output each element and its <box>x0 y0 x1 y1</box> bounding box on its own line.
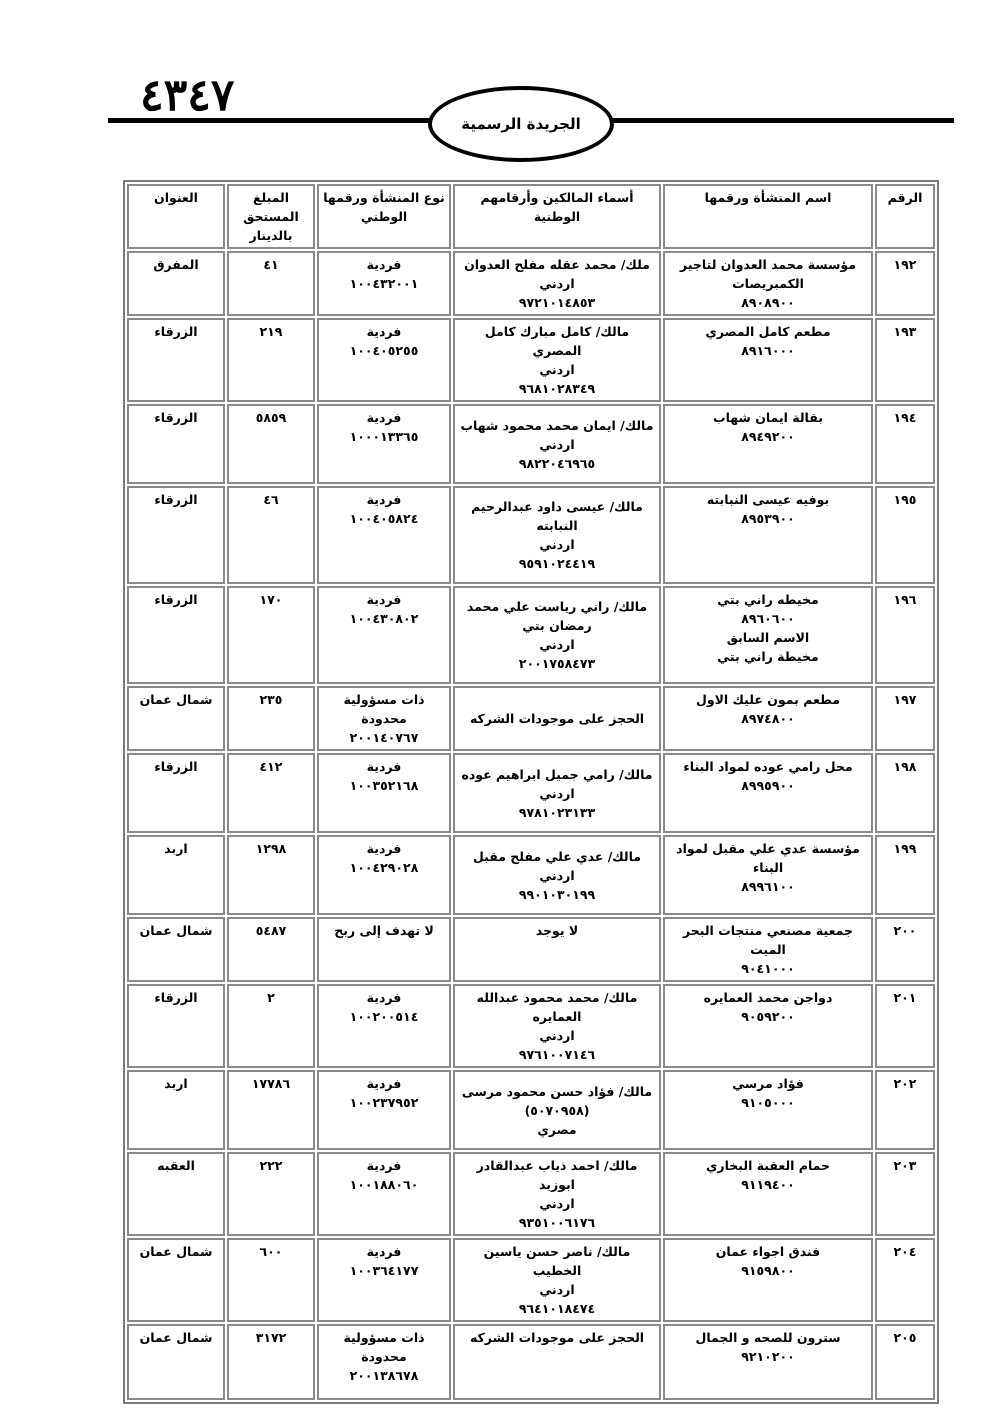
cell-amount: ٢٢٢ <box>227 1152 315 1236</box>
column-header-address: العنوان <box>127 184 225 249</box>
cell-address: اربد <box>127 835 225 915</box>
cell-owners: الحجز على موجودات الشركه <box>453 1324 661 1400</box>
cell-type: فردية ١٠٠٠١٣٣٦٥ <box>317 404 451 484</box>
cell-amount: ١٧٠ <box>227 586 315 684</box>
cell-amount: ٤٦ <box>227 486 315 584</box>
table-row: ١٩٤ بقالة ايمان شهاب ٨٩٤٩٢٠٠ مالك/ ايمان… <box>127 404 935 484</box>
table-header-row: الرقم اسم المنشأة ورقمها أسماء المالكين … <box>127 184 935 249</box>
cell-address: العقبه <box>127 1152 225 1236</box>
cell-number: ٢٠٣ <box>875 1152 935 1236</box>
cell-number: ٢٠٤ <box>875 1238 935 1322</box>
cell-number: ١٩٦ <box>875 586 935 684</box>
cell-address: الزرقاء <box>127 318 225 402</box>
cell-owners: مالك/ رامي جميل ابراهيم عوده اردني ٩٧٨١٠… <box>453 753 661 833</box>
cell-name: حمام العقبة البخاري ٩١١٩٤٠٠ <box>663 1152 873 1236</box>
cell-type: فردية ١٠٠٤٢٩٠٢٨ <box>317 835 451 915</box>
column-header-amount: المبلغ المستحق بالدينار <box>227 184 315 249</box>
header-rule-right <box>612 118 954 123</box>
table-row: ٢٠٥ سترون للصحه و الجمال ٩٢١٠٢٠٠ الحجز ع… <box>127 1324 935 1400</box>
cell-address: شمال عمان <box>127 1324 225 1400</box>
cell-name: سترون للصحه و الجمال ٩٢١٠٢٠٠ <box>663 1324 873 1400</box>
table-row: ١٩٢ مؤسسة محمد العدوان لتاجير الكمبريصات… <box>127 251 935 316</box>
cell-address: الزرقاء <box>127 753 225 833</box>
cell-type: فردية ١٠٠٤٣٠٨٠٢ <box>317 586 451 684</box>
cell-address: اربد <box>127 1070 225 1150</box>
page-header: ٤٣٤٧ الجريدة الرسمية <box>0 0 1000 180</box>
table-row: ٢٠٤ فندق اجواء عمان ٩١٥٩٨٠٠ مالك/ ناصر ح… <box>127 1238 935 1322</box>
cell-name: دواجن محمد العمايره ٩٠٥٩٢٠٠ <box>663 984 873 1068</box>
cell-number: ١٩٥ <box>875 486 935 584</box>
establishments-table: الرقم اسم المنشأة ورقمها أسماء المالكين … <box>123 180 939 1404</box>
cell-number: ٢٠٥ <box>875 1324 935 1400</box>
cell-amount: ١٧٧٨٦ <box>227 1070 315 1150</box>
cell-amount: ٥٤٨٧ <box>227 917 315 982</box>
column-header-type: نوع المنشأة ورقمها الوطني <box>317 184 451 249</box>
cell-type: فردية ١٠٠٣٥٢١٦٨ <box>317 753 451 833</box>
cell-name: جمعية مصنعي منتجات البحر الميت ٩٠٤١٠٠٠ <box>663 917 873 982</box>
cell-name: مطعم بمون عليك الاول ٨٩٧٤٨٠٠ <box>663 686 873 751</box>
publication-title: الجريدة الرسمية <box>461 115 580 133</box>
cell-address: الزرقاء <box>127 486 225 584</box>
cell-owners: مالك/ محمد محمود عبدالله العمايره اردني … <box>453 984 661 1068</box>
column-header-owners: أسماء المالكين وأرقامهم الوطنية <box>453 184 661 249</box>
header-rule-left <box>108 118 438 123</box>
cell-address: الزرقاء <box>127 984 225 1068</box>
cell-name: مخيطه راني بتي ٨٩٦٠٦٠٠ الاسم السابق مخيط… <box>663 586 873 684</box>
cell-type: فردية ١٠٠٢٠٠٥١٤ <box>317 984 451 1068</box>
cell-owners: ملك/ محمد عقله مفلح العدوان اردني ٩٧٢١٠١… <box>453 251 661 316</box>
cell-owners: مالك/ فؤاد حسن محمود مرسى (٥٠٧٠٩٥٨) مصري <box>453 1070 661 1150</box>
cell-number: ١٩٣ <box>875 318 935 402</box>
cell-type: فردية ١٠٠٤٠٥٨٢٤ <box>317 486 451 584</box>
cell-name: مطعم كامل المصري ٨٩١٦٠٠٠ <box>663 318 873 402</box>
cell-type: ذات مسؤولية محدودة ٢٠٠١٣٨٦٧٨ <box>317 1324 451 1400</box>
cell-amount: ٢١٩ <box>227 318 315 402</box>
cell-type: فردية ١٠٠٢٣٧٩٥٢ <box>317 1070 451 1150</box>
cell-type: لا تهدف إلى ربح <box>317 917 451 982</box>
cell-amount: ٤١٢ <box>227 753 315 833</box>
cell-amount: ٤١ <box>227 251 315 316</box>
cell-owners: مالك/ احمد ذياب عبدالقادر ابوزيد اردني ٩… <box>453 1152 661 1236</box>
cell-name: مؤسسة عدي علي مقبل لمواد البناء ٨٩٩٦١٠٠ <box>663 835 873 915</box>
cell-name: بقالة ايمان شهاب ٨٩٤٩٢٠٠ <box>663 404 873 484</box>
cell-name: محل رامي عوده لمواد البناء ٨٩٩٥٩٠٠ <box>663 753 873 833</box>
table-row: ٢٠٠ جمعية مصنعي منتجات البحر الميت ٩٠٤١٠… <box>127 917 935 982</box>
cell-owners: مالك/ ايمان محمد محمود شهاب اردني ٩٨٢٢٠٤… <box>453 404 661 484</box>
cell-number: ٢٠٠ <box>875 917 935 982</box>
cell-number: ١٩٢ <box>875 251 935 316</box>
cell-name: فندق اجواء عمان ٩١٥٩٨٠٠ <box>663 1238 873 1322</box>
cell-name: مؤسسة محمد العدوان لتاجير الكمبريصات ٨٩٠… <box>663 251 873 316</box>
cell-type: فردية ١٠٠٤٣٢٠٠١ <box>317 251 451 316</box>
cell-name: فؤاد مرسي ٩١٠٥٠٠٠ <box>663 1070 873 1150</box>
cell-owners: لا يوجد <box>453 917 661 982</box>
cell-amount: ١٢٩٨ <box>227 835 315 915</box>
cell-address: شمال عمان <box>127 1238 225 1322</box>
cell-number: ٢٠٢ <box>875 1070 935 1150</box>
cell-type: فردية ١٠٠٣٦٤١٧٧ <box>317 1238 451 1322</box>
cell-address: شمال عمان <box>127 686 225 751</box>
publication-title-oval: الجريدة الرسمية <box>428 86 614 162</box>
table-row: ١٩٩ مؤسسة عدي علي مقبل لمواد البناء ٨٩٩٦… <box>127 835 935 915</box>
table-row: ١٩٦ مخيطه راني بتي ٨٩٦٠٦٠٠ الاسم السابق … <box>127 586 935 684</box>
cell-number: ١٩٧ <box>875 686 935 751</box>
column-header-number: الرقم <box>875 184 935 249</box>
cell-owners: مالك/ كامل مبارك كامل المصري اردني ٩٦٨١٠… <box>453 318 661 402</box>
cell-amount: ٥٨٥٩ <box>227 404 315 484</box>
cell-owners: مالك/ راني رياست علي محمد رمضان بتي اردن… <box>453 586 661 684</box>
cell-address: المفرق <box>127 251 225 316</box>
cell-type: ذات مسؤولية محدودة ٢٠٠١٤٠٧٦٧ <box>317 686 451 751</box>
cell-address: الزرقاء <box>127 586 225 684</box>
table-row: ٢٠١ دواجن محمد العمايره ٩٠٥٩٢٠٠ مالك/ مح… <box>127 984 935 1068</box>
cell-type: فردية ١٠٠١٨٨٠٦٠ <box>317 1152 451 1236</box>
cell-name: بوفيه عيسى النبابته ٨٩٥٣٩٠٠ <box>663 486 873 584</box>
cell-number: ١٩٩ <box>875 835 935 915</box>
cell-address: الزرقاء <box>127 404 225 484</box>
cell-type: فردية ١٠٠٤٠٥٢٥٥ <box>317 318 451 402</box>
cell-address: شمال عمان <box>127 917 225 982</box>
table-row: ١٩٧ مطعم بمون عليك الاول ٨٩٧٤٨٠٠ الحجز ع… <box>127 686 935 751</box>
table-row: ١٩٨ محل رامي عوده لمواد البناء ٨٩٩٥٩٠٠ م… <box>127 753 935 833</box>
cell-owners: مالك/ عيسى داود عبدالرحيم النبابته اردني… <box>453 486 661 584</box>
table-row: ٢٠٢ فؤاد مرسي ٩١٠٥٠٠٠ مالك/ فؤاد حسن محم… <box>127 1070 935 1150</box>
cell-owners: مالك/ عدي علي مفلح مقبل اردني ٩٩٠١٠٣٠١٩٩ <box>453 835 661 915</box>
cell-number: ٢٠١ <box>875 984 935 1068</box>
cell-amount: ٢٣٥ <box>227 686 315 751</box>
cell-amount: ٢ <box>227 984 315 1068</box>
table-row: ١٩٣ مطعم كامل المصري ٨٩١٦٠٠٠ مالك/ كامل … <box>127 318 935 402</box>
cell-owners: مالك/ ناصر حسن ياسين الخطيب اردني ٩٦٤١٠١… <box>453 1238 661 1322</box>
cell-owners: الحجز على موجودات الشركه <box>453 686 661 751</box>
table-row: ١٩٥ بوفيه عيسى النبابته ٨٩٥٣٩٠٠ مالك/ عي… <box>127 486 935 584</box>
cell-amount: ٣١٧٢ <box>227 1324 315 1400</box>
cell-number: ١٩٤ <box>875 404 935 484</box>
cell-number: ١٩٨ <box>875 753 935 833</box>
column-header-name: اسم المنشأة ورقمها <box>663 184 873 249</box>
page-number: ٤٣٤٧ <box>140 74 235 118</box>
cell-amount: ٦٠٠ <box>227 1238 315 1322</box>
table-row: ٢٠٣ حمام العقبة البخاري ٩١١٩٤٠٠ مالك/ اح… <box>127 1152 935 1236</box>
